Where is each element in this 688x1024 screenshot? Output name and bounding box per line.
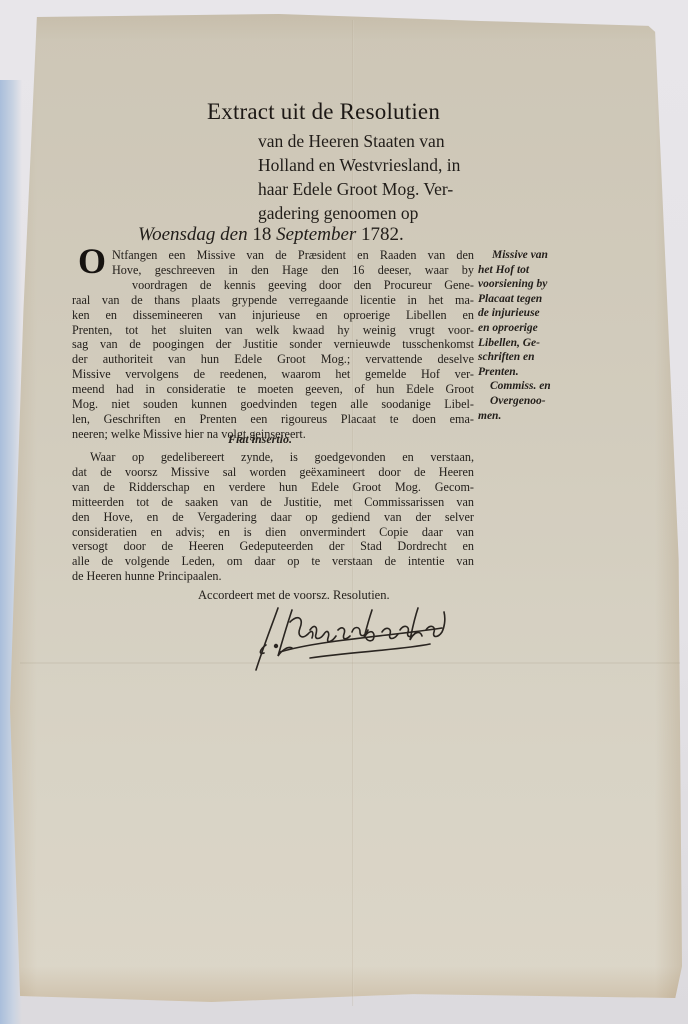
text-line: ken en dissemineeren van injurieuse en o… — [72, 308, 474, 323]
margin-note-line: Commiss. en — [478, 379, 570, 394]
margin-note-line: Prenten. — [478, 365, 570, 380]
text-line: der authoriteit van hun Edele Groot Mog.… — [72, 352, 474, 367]
subtitle-line: gadering genoomen op — [258, 201, 480, 225]
text-line: mitteerden tot de saaken van de Justitie… — [72, 495, 474, 510]
text-line: Mog. niet souden kunnen goedvinden tegen… — [72, 397, 474, 412]
date-day: 18 — [252, 224, 271, 245]
text-line: alle de volgende Leden, om daar op te ve… — [72, 554, 474, 569]
text-line: versogt door de Heeren Gedeputeerden der… — [72, 539, 474, 554]
text-line: raal van de thans plaats grypende verreg… — [72, 293, 474, 308]
text-line: Hove, geschreeven in den Hage den 16 dee… — [72, 263, 474, 278]
text-line: dat de voorsz Missive sal worden geëxami… — [72, 465, 474, 480]
date-year: 1782. — [361, 224, 404, 245]
text-line: sag van de poogingen der Justitie sonder… — [72, 337, 474, 352]
margin-note-line: Libellen, Ge- — [478, 336, 570, 351]
date-weekday: Woensdag den — [138, 224, 248, 245]
text-line: van de Ridderschap en verdere hun Edele … — [72, 480, 474, 495]
date-month: September — [276, 224, 356, 245]
fiat-insertio: Fiat insertio. — [228, 432, 292, 447]
text-line: de Heeren hunne Principaalen. — [72, 569, 474, 584]
text-line: Prenten, tot het sluiten van welk kwaad … — [72, 323, 474, 338]
margin-note-line: en oproerige — [478, 321, 570, 336]
margin-note-line: Placaat tegen — [478, 292, 570, 307]
paragraph-resolution: Waar op gedelibereert zynde, is goedgevo… — [72, 450, 474, 584]
subtitle-line: Holland en Westvriesland, in — [258, 153, 480, 177]
text-line: len, Geschriften en Prenten een rigoureu… — [72, 412, 474, 427]
subtitle-line: van de Heeren Staaten van — [258, 129, 480, 153]
margin-note-line: schriften en — [478, 350, 570, 365]
paragraph-missive: Ntfangen een Missive van de Præsident en… — [72, 248, 474, 442]
margin-note: Missive van het Hof tot voorsiening by P… — [478, 248, 570, 423]
text-line: Ntfangen een Missive van de Præsident en… — [72, 248, 474, 263]
text-line: consideratien en advis; en is dien onver… — [72, 525, 474, 540]
resolution-date: Woensdag den 18 September 1782. — [138, 224, 404, 246]
text-line: voordragen de kennis geeving door den Pr… — [72, 278, 474, 293]
text-line: meend had in consideratie te moeten geev… — [72, 382, 474, 397]
margin-note-line: het Hof tot — [478, 263, 570, 278]
signature-text: J. Clotterbooke — [250, 600, 256, 601]
document-subtitle: van de Heeren Staaten van Holland en Wes… — [258, 129, 480, 225]
margin-note-line: men. — [478, 409, 570, 424]
text-line: Missive vervolgens de reedenen, waarom h… — [72, 367, 474, 382]
margin-note-line: de injurieuse — [478, 306, 570, 321]
subtitle-line: haar Edele Groot Mog. Ver- — [258, 177, 480, 201]
signature-icon — [250, 600, 450, 678]
document-title: Extract uit de Resolutien — [207, 99, 440, 125]
handwritten-signature: J. Clotterbooke — [250, 600, 450, 678]
margin-note-line: Overgenoo- — [478, 394, 570, 409]
text-line: den Hove, en de Vergadering daar op gedi… — [72, 510, 474, 525]
text-line: Waar op gedelibereert zynde, is goedgevo… — [72, 450, 474, 465]
margin-note-line: voorsiening by — [478, 277, 570, 292]
margin-note-line: Missive van — [478, 248, 570, 263]
